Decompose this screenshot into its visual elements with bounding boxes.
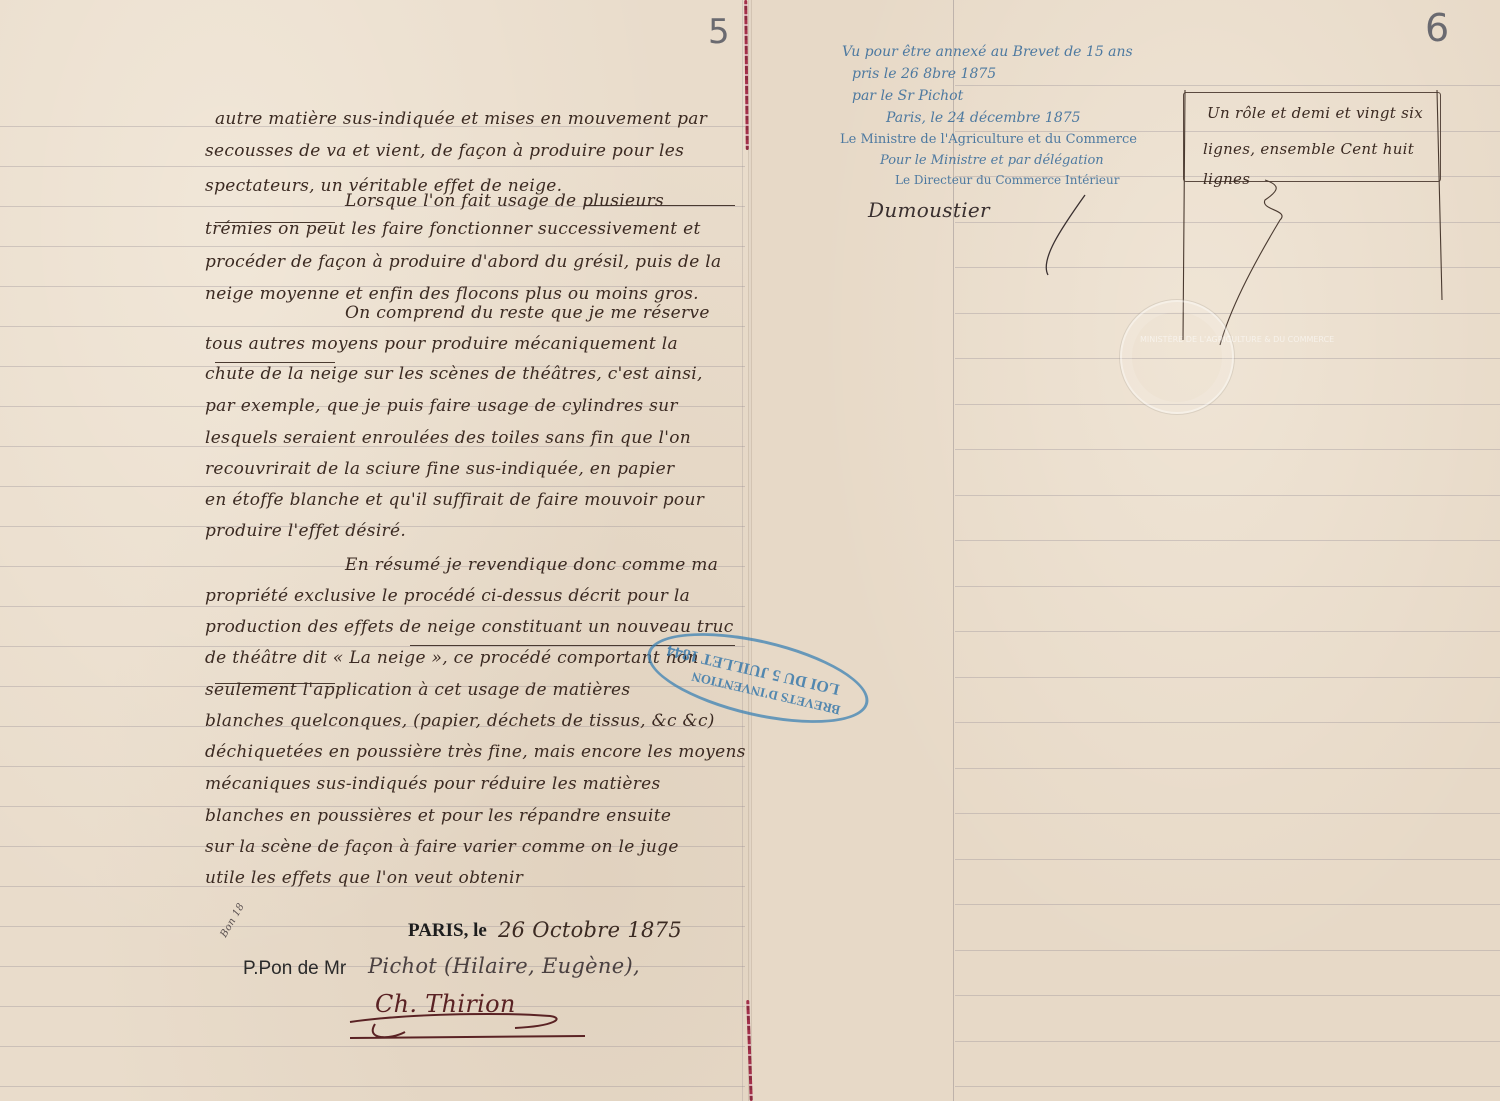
ministry-stamp-line: Le Ministre de l'Agriculture et du Comme… [840,132,1137,147]
handwritten-date: 26 Octobre 1875 [498,918,682,942]
ruled-line [955,950,1500,951]
ruled-line [955,1041,1500,1042]
body-line: par exemple, que je puis faire usage de … [205,396,678,416]
body-line: secousses de va et vient, de façon à pro… [205,141,684,161]
body-line: chute de la neige sur les scènes de théâ… [205,364,703,384]
ruled-line [955,859,1500,860]
body-line: sur la scène de façon à faire varier com… [205,837,679,857]
body-line: seulement l'application à cet usage de m… [205,680,630,700]
line-filler [215,362,335,363]
ruled-line [955,1086,1500,1087]
ruled-line [0,486,745,487]
body-line: procéder de façon à produire d'abord du … [205,252,721,272]
ruled-line [955,813,1500,814]
ruled-line [955,995,1500,996]
signature-flourish [345,1010,585,1050]
folio-number-left: 5 [708,12,730,52]
body-line: utile les effets que l'on veut obtenir [205,868,523,888]
annotation-line: pris le 26 8bre 1875 [852,66,996,82]
body-line: déchiquetées en poussière très fine, mai… [205,742,746,762]
body-line: En résumé je revendique donc comme ma [345,555,718,575]
ruled-line [955,85,1500,86]
annotation-date: Paris, le 24 décembre 1875 [886,110,1081,126]
ruled-line [955,631,1500,632]
annotation-line: Vu pour être annexé au Brevet de 15 ans [842,44,1133,60]
ruled-line [955,904,1500,905]
proxy-stamp: P.Pon de Mr [243,958,346,980]
ruled-line [955,768,1500,769]
ministry-stamp-line: Pour le Ministre et par délégation [880,153,1104,168]
applicant-name: Pichot (Hilaire, Eugène), [368,954,640,978]
ruled-line [0,646,745,647]
body-line: blanches en poussières et pour les répan… [205,806,671,826]
ruled-line [0,246,745,247]
ruled-line [955,586,1500,587]
body-line: propriété exclusive le procédé ci-dessus… [205,586,690,606]
signature-tail [1020,190,1090,280]
ruled-line [0,766,745,767]
folio-number-right: 6 [1425,6,1449,50]
ruled-line [955,495,1500,496]
body-line: en étoffe blanche et qu'il suffirait de … [205,490,704,510]
body-line: trémies on peut les faire fonctionner su… [205,219,701,239]
body-line: de théâtre dit « La neige », ce procédé … [205,648,699,668]
ruled-line [0,606,745,607]
ruled-line [0,1006,745,1007]
ruled-line [0,1086,745,1087]
paris-date-stamp: PARIS, le [408,920,487,942]
body-line: Lorsque l'on fait usage de plusieurs [345,191,664,211]
body-line: autre matière sus-indiquée et mises en m… [215,109,707,129]
ministry-signature: Dumoustier [868,198,990,222]
embossed-seal-text: MINISTÈRE DE L'AGRICULTURE & DU COMMERCE [1140,335,1334,344]
ministry-stamp-line: Le Directeur du Commerce Intérieur [895,173,1120,187]
ruled-line [0,326,745,327]
body-line: On comprend du reste que je me réserve [345,303,710,323]
ruled-line [955,449,1500,450]
left-page-edge-line [742,0,743,1101]
ruled-line [955,540,1500,541]
box-closing-stroke [1180,90,1460,350]
ruled-line [955,677,1500,678]
body-line: produire l'effet désiré. [205,521,406,541]
ruled-line [955,722,1500,723]
body-line: recouvrirait de la sciure fine sus-indiq… [205,459,674,479]
embossed-ministry-seal [1120,300,1234,414]
body-line: mécaniques sus-indiqués pour réduire les… [205,774,661,794]
body-line: neige moyenne et enfin des flocons plus … [205,284,699,304]
annotation-line: par le Sr Pichot [852,88,963,104]
body-line: lesquels seraient enroulées des toiles s… [205,428,691,448]
body-line: blanches quelconques, (papier, déchets d… [205,711,715,731]
body-line: production des effets de neige constitua… [205,617,734,637]
body-line: tous autres moyens pour produire mécaniq… [205,334,678,354]
page-fold [748,0,752,1101]
ruled-line [955,404,1500,405]
ruled-line [0,166,745,167]
